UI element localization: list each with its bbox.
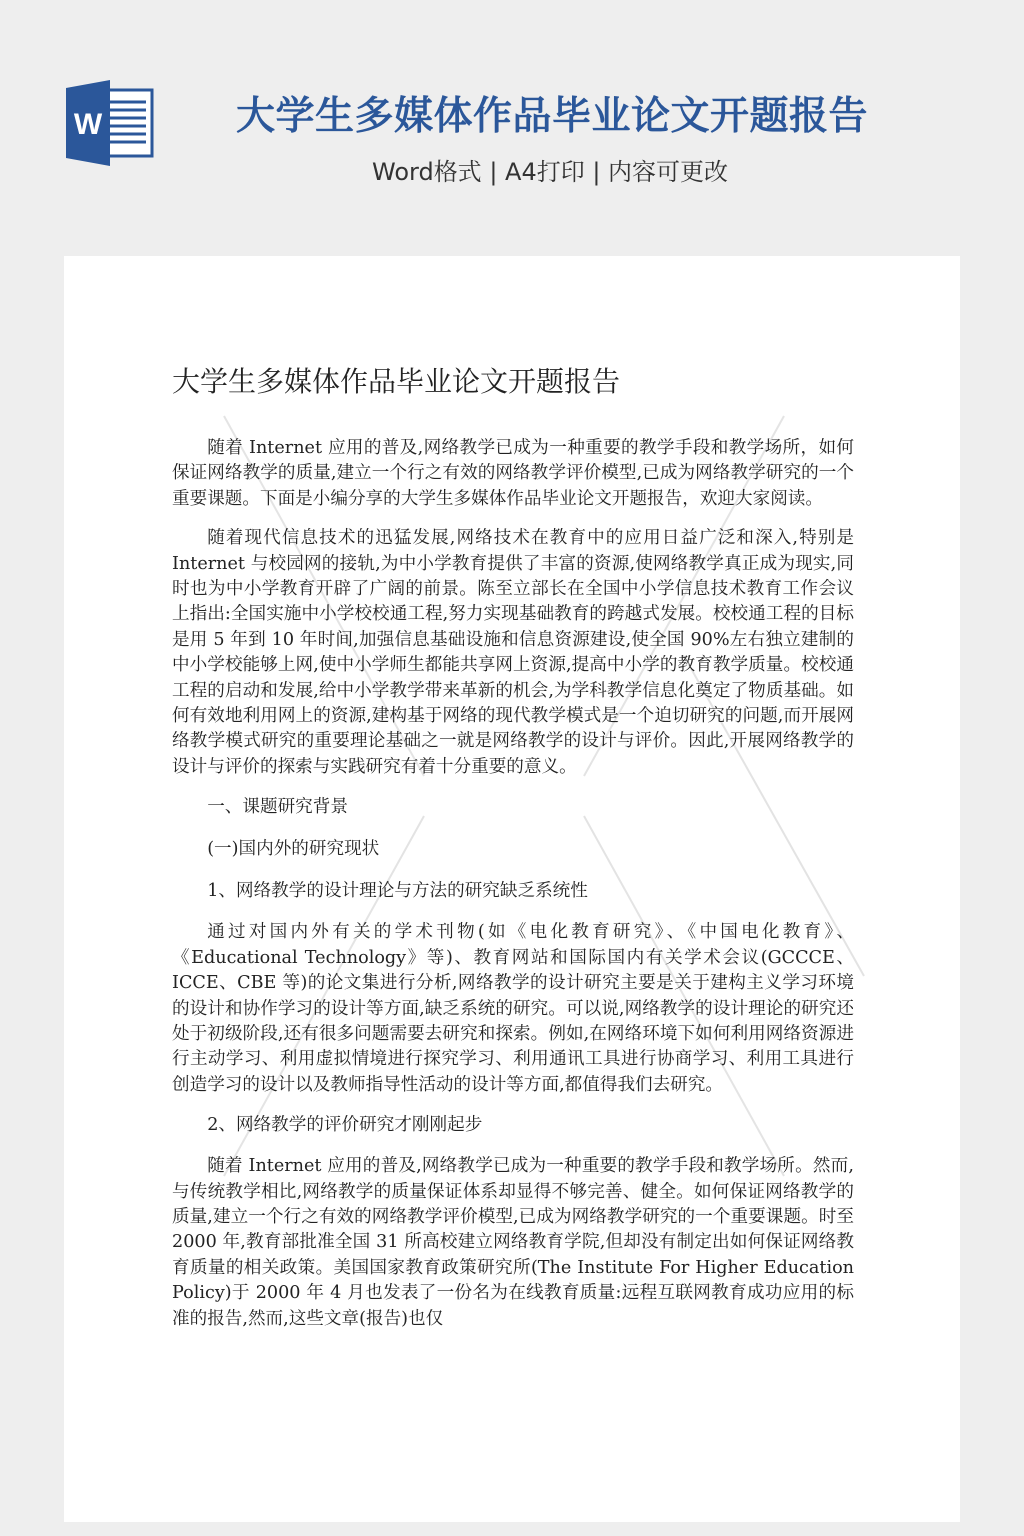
word-document-icon: W xyxy=(64,80,156,166)
document-body: 随着 Internet 应用的普及,网络教学已成为一种重要的教学手段和教学场所，… xyxy=(172,436,854,1346)
subsection-heading: 2、网络教学的评价研究才刚刚起步 xyxy=(172,1112,854,1138)
svg-text:W: W xyxy=(74,108,103,141)
header-title: 大学生多媒体作品毕业论文开题报告 xyxy=(236,92,886,142)
header-subtitle: Word格式 | A4打印 | 内容可更改 xyxy=(372,156,728,188)
paragraph: 通过对国内外有关的学术刊物(如《电化教育研究》、《中国电化教育》、《Educat… xyxy=(172,920,854,1098)
document-title: 大学生多媒体作品毕业论文开题报告 xyxy=(172,362,620,402)
subsection-heading: (一)国内外的研究现状 xyxy=(172,836,854,862)
section-heading: 一、课题研究背景 xyxy=(172,794,854,820)
document-page: 大学生多媒体作品毕业论文开题报告 随着 Internet 应用的普及,网络教学已… xyxy=(64,256,960,1522)
paragraph: 随着 Internet 应用的普及,网络教学已成为一种重要的教学手段和教学场所，… xyxy=(172,436,854,512)
subsection-heading: 1、网络教学的设计理论与方法的研究缺乏系统性 xyxy=(172,878,854,904)
paragraph: 随着 Internet 应用的普及,网络教学已成为一种重要的教学手段和教学场所。… xyxy=(172,1154,854,1332)
paragraph: 随着现代信息技术的迅猛发展,网络技术在教育中的应用日益广泛和深入,特别是 Int… xyxy=(172,526,854,780)
